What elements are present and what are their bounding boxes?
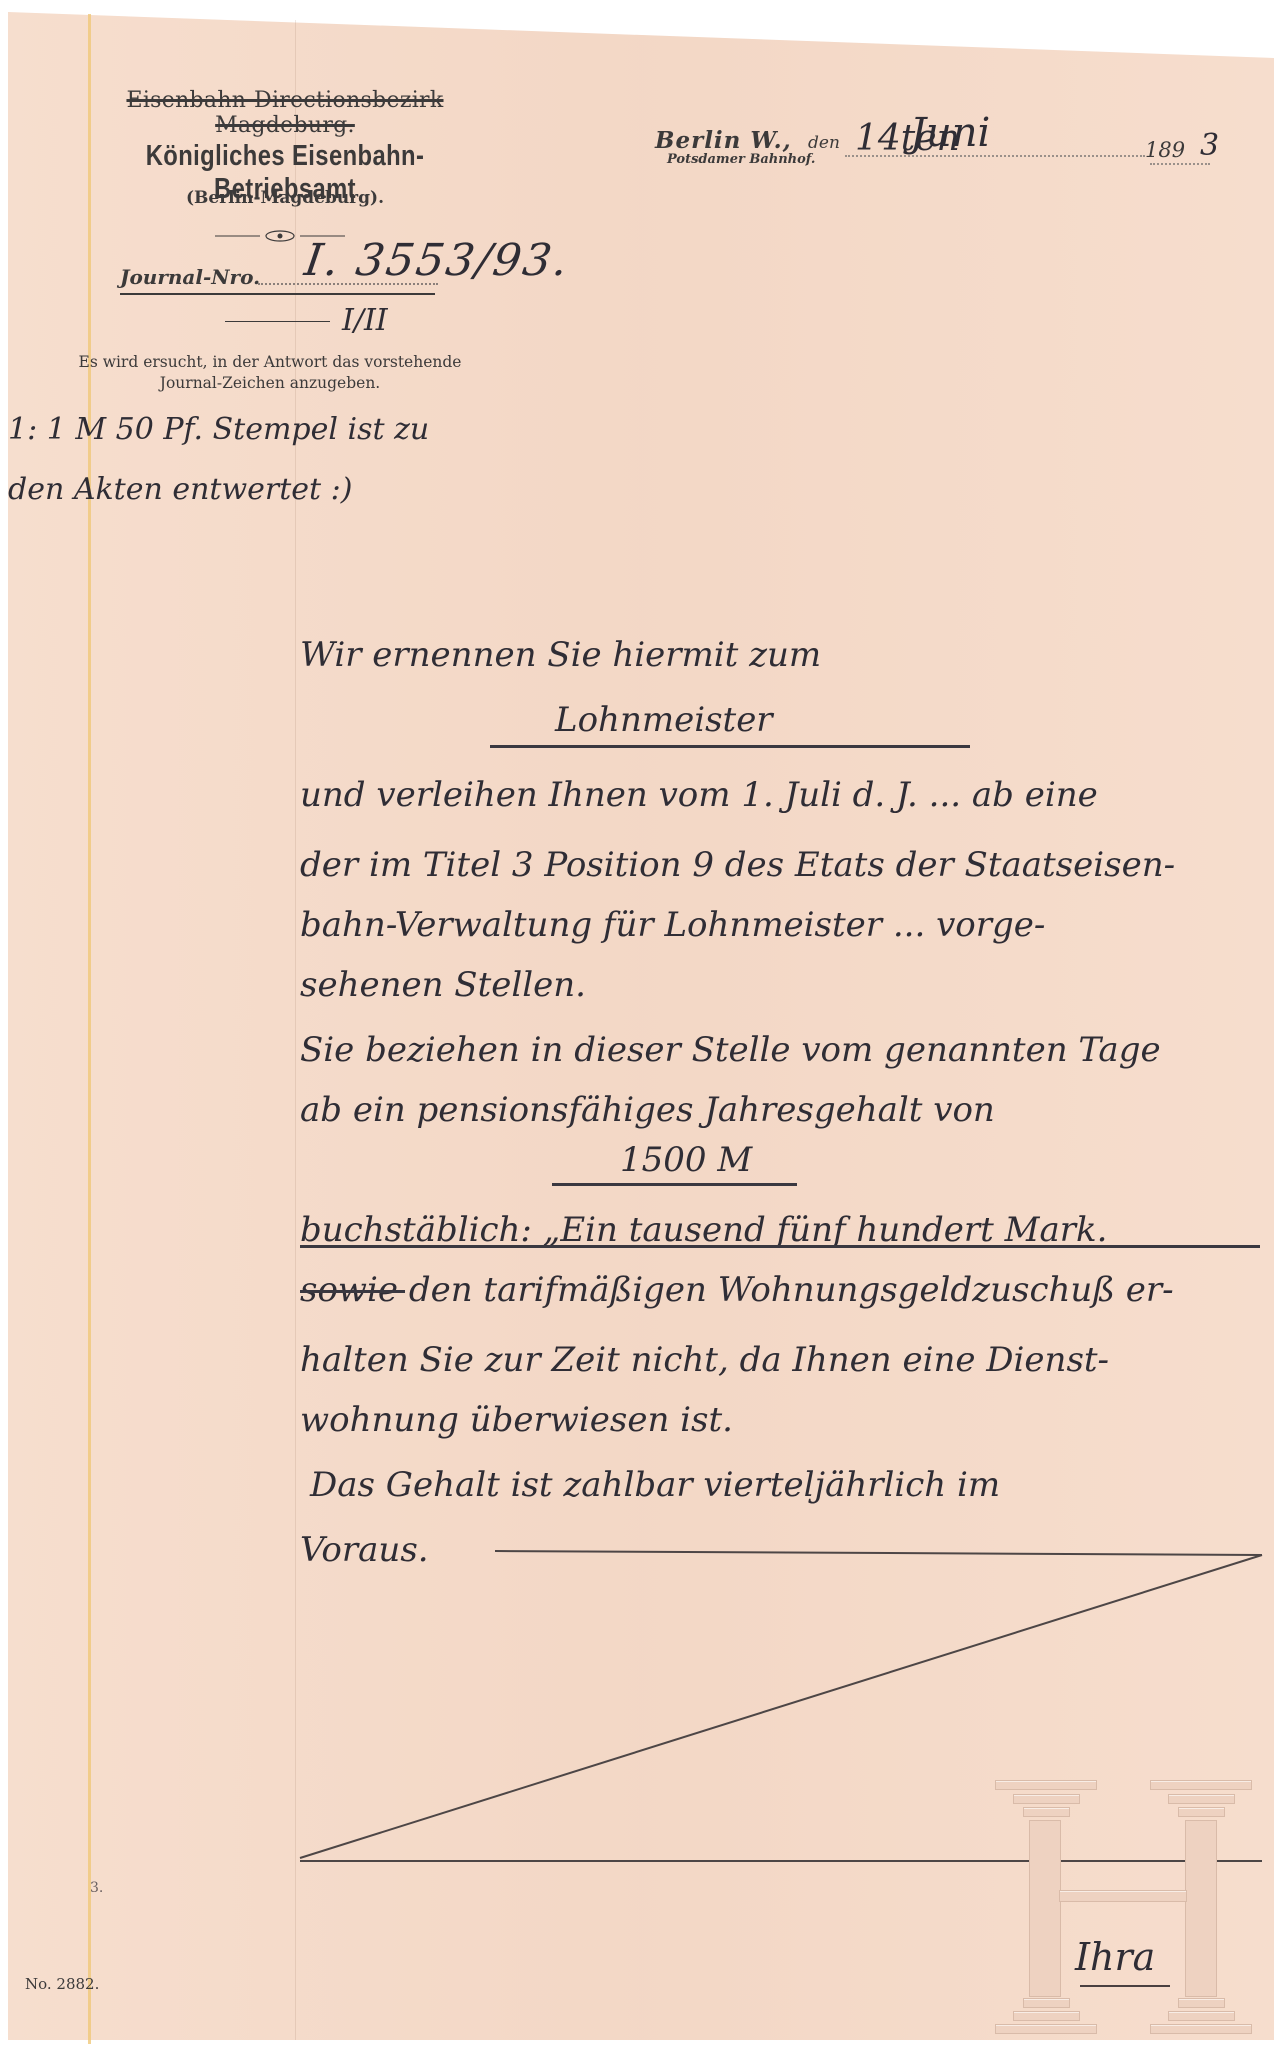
bleed-through-text	[790, 1620, 800, 1658]
small-mark: 3.	[90, 1880, 103, 1896]
form-number: No. 2882.	[25, 1975, 99, 1993]
cancel-lines	[0, 0, 1278, 2048]
watermark-h-icon	[995, 1780, 1255, 2035]
signature: Ihra	[1075, 1935, 1155, 1979]
signature-underline	[1080, 1985, 1170, 1987]
